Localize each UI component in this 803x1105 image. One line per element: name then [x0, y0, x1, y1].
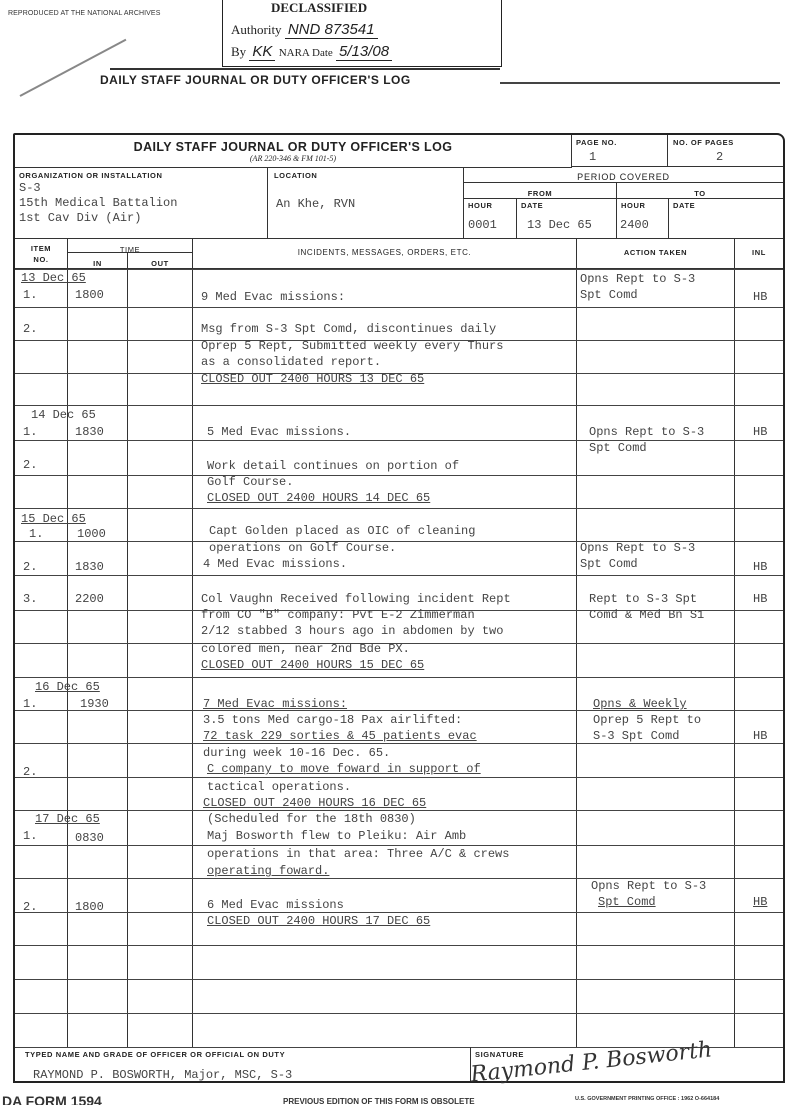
entry-date: 15 Dec 65 — [21, 512, 86, 526]
entry-text: tactical operations. — [207, 780, 351, 794]
grid-vline — [192, 269, 193, 1047]
officer-cell: TYPED NAME AND GRADE OF OFFICER OR OFFIC… — [15, 1047, 471, 1081]
item-no-label: ITEM NO. — [26, 243, 56, 265]
no-of-pages-cell: NO. OF PAGES 2 — [668, 135, 783, 167]
entry-item-no: 2. — [23, 560, 37, 574]
grid-hline — [15, 269, 783, 270]
organization-cell: ORGANIZATION OR INSTALLATION S-3 15th Me… — [15, 167, 268, 239]
action-label: ACTION TAKEN — [577, 248, 734, 257]
background-rule-right — [500, 82, 780, 84]
entry-initials: HB — [753, 729, 767, 743]
entry-action: Opns Rept to S-3 — [591, 879, 706, 893]
entry-item-no: 3. — [23, 592, 37, 606]
from-date-label: DATE — [521, 201, 612, 210]
entry-text: Msg from S-3 Spt Comd, discontinues dail… — [201, 322, 496, 336]
entry-action: Oprep 5 Rept to — [593, 713, 701, 727]
action-header: ACTION TAKEN — [577, 239, 735, 269]
entry-item-no: 2. — [23, 322, 37, 336]
grid-hline — [15, 677, 783, 678]
grid-hline — [15, 845, 783, 846]
no-of-pages-label: NO. OF PAGES — [673, 138, 778, 147]
background-page-title: DAILY STAFF JOURNAL OR DUTY OFFICER'S LO… — [100, 73, 411, 87]
from-date-cell: DATE 13 Dec 65 — [517, 199, 617, 239]
grid-hline — [15, 743, 783, 744]
organization-line-2: 15th Medical Battalion — [19, 196, 267, 211]
entry-time-in: 1830 — [75, 560, 104, 574]
entry-text: operations in that area: Three A/C & cre… — [207, 847, 509, 861]
to-date-cell: DATE — [669, 199, 783, 239]
period-covered-header: PERIOD COVERED — [464, 167, 783, 183]
by-line: By KK NARA Date 5/13/08 — [231, 43, 392, 60]
page-no-cell: PAGE NO. 1 — [571, 135, 668, 167]
from-header: FROM — [464, 183, 617, 199]
form-title: DAILY STAFF JOURNAL OR DUTY OFFICER'S LO… — [15, 140, 571, 154]
to-hour-label: HOUR — [621, 201, 664, 210]
entry-date: 16 Dec 65 — [35, 680, 100, 694]
entry-text: 3.5 tons Med cargo-18 Pax airlifted: — [203, 713, 462, 727]
entry-text: 2/12 stabbed 3 hours ago in abdomen by t… — [201, 624, 503, 638]
entry-action: Spt Comd — [580, 557, 638, 571]
grid-hline — [15, 1013, 783, 1014]
entry-item-no: 2. — [23, 458, 37, 472]
entry-text: Oprep 5 Rept, Submitted weekly every Thu… — [201, 339, 503, 353]
entry-text: Col Vaughn Received following incident R… — [201, 592, 511, 606]
entry-text: operations on Golf Course. — [209, 541, 396, 555]
grid-vline — [576, 269, 577, 1047]
period-covered-label: PERIOD COVERED — [577, 172, 670, 182]
entry-text: 9 Med Evac missions: — [201, 290, 345, 304]
inl-label: INL — [735, 248, 783, 257]
from-label: FROM — [528, 189, 552, 198]
closed-out-line: CLOSED OUT 2400 HOURS 13 DEC 65 — [201, 372, 424, 386]
grid-hline — [15, 508, 783, 509]
entry-time-in: 1800 — [75, 900, 104, 914]
entry-text: 5 Med Evac missions. — [207, 425, 351, 439]
incidents-label: INCIDENTS, MESSAGES, ORDERS, ETC. — [193, 248, 576, 257]
location-cell: LOCATION An Khe, RVN — [268, 167, 464, 239]
nara-date-label: NARA Date — [279, 47, 333, 59]
entry-action: Spt Comd — [598, 895, 656, 909]
authority-label: Authority — [231, 22, 282, 37]
nara-date-value: 5/13/08 — [336, 43, 392, 61]
entry-action: Rept to S-3 Spt — [589, 592, 697, 606]
entry-text: 4 Med Evac missions. — [203, 557, 347, 571]
from-hour-label: HOUR — [468, 201, 512, 210]
declassified-title: DECLASSIFIED — [271, 0, 367, 16]
entry-action: Spt Comd — [589, 441, 647, 455]
archive-note: REPRODUCED AT THE NATIONAL ARCHIVES — [8, 10, 160, 17]
declassified-stamp: DECLASSIFIED Authority NND 873541 By KK … — [222, 0, 502, 67]
entry-text: colored men, near 2nd Bde PX. — [201, 642, 410, 656]
inl-header: INL — [735, 239, 783, 269]
closed-out-line: CLOSED OUT 2400 HOURS 17 DEC 65 — [207, 914, 430, 928]
grid-hline — [15, 307, 783, 308]
incidents-header: INCIDENTS, MESSAGES, ORDERS, ETC. — [193, 239, 577, 269]
entry-text: 72 task 229 sorties & 45 patients evac — [203, 729, 477, 743]
entry-date: 14 Dec 65 — [31, 408, 96, 422]
entry-item-no: 1. — [23, 425, 37, 439]
authority-value: NND 873541 — [285, 21, 378, 39]
entry-text: from CO "B" company: Pvt E-2 Zimmerman — [201, 608, 475, 622]
entry-initials: HB — [753, 560, 767, 574]
entry-item-no: 2. — [23, 765, 37, 779]
entry-text: Golf Course. — [207, 475, 293, 489]
grid-hline — [15, 979, 783, 980]
entry-text: Capt Golden placed as OIC of cleaning — [209, 524, 475, 538]
entry-text: as a consolidated report. — [201, 355, 381, 369]
grid-hline — [15, 945, 783, 946]
entry-text: during week 10-16 Dec. 65. — [203, 746, 390, 760]
entry-initials: HB — [753, 895, 767, 909]
to-hour-cell: HOUR 2400 — [617, 199, 669, 239]
entry-item-no: 1. — [23, 288, 37, 302]
from-date-value: 13 Dec 65 — [527, 218, 606, 232]
by-label: By — [231, 44, 246, 59]
grid-hline — [15, 440, 783, 441]
no-of-pages-value: 2 — [716, 150, 783, 164]
entry-action: Opns Rept to S-3 — [580, 541, 695, 555]
entry-action: S-3 Spt Comd — [593, 729, 679, 743]
entry-item-no: 1. — [29, 527, 43, 541]
form-title-block: DAILY STAFF JOURNAL OR DUTY OFFICER'S LO… — [15, 135, 572, 168]
entry-initials: HB — [753, 290, 767, 304]
officer-label: TYPED NAME AND GRADE OF OFFICER OR OFFIC… — [25, 1050, 460, 1059]
printing-office-note: U.S. GOVERNMENT PRINTING OFFICE : 1962 O… — [575, 1096, 719, 1102]
time-header: TIME — [68, 239, 193, 253]
entry-action: Opns Rept to S-3 — [580, 272, 695, 286]
grid-vline — [127, 269, 128, 1047]
entry-text: 6 Med Evac missions — [207, 898, 344, 912]
authority-line: Authority NND 873541 — [231, 21, 378, 38]
page-no-value: 1 — [589, 150, 667, 164]
organization-line-3: 1st Cav Div (Air) — [19, 211, 267, 226]
background-rule — [110, 68, 500, 70]
entry-text: (Scheduled for the 18th 0830) — [207, 812, 416, 826]
entry-initials: HB — [753, 592, 767, 606]
entry-action: Opns Rept to S-3 — [589, 425, 704, 439]
grid-hline — [15, 810, 783, 811]
entry-text: operating foward. — [207, 864, 329, 878]
closed-out-line: CLOSED OUT 2400 HOURS 16 DEC 65 — [203, 796, 426, 810]
entry-action: Spt Comd — [580, 288, 638, 302]
form-id: DA FORM 1594 — [2, 1093, 102, 1105]
from-hour-cell: HOUR 0001 — [464, 199, 517, 239]
out-header: OUT — [128, 253, 193, 269]
closed-out-line: CLOSED OUT 2400 HOURS 15 DEC 65 — [201, 658, 424, 672]
entry-date: 17 Dec 65 — [35, 812, 100, 826]
officer-value: RAYMOND P. BOSWORTH, Major, MSC, S-3 — [33, 1068, 452, 1082]
entry-text: Work detail continues on portion of — [207, 459, 459, 473]
by-value: KK — [249, 43, 275, 61]
entry-time-in: 1830 — [75, 425, 104, 439]
entry-action: Opns & Weekly — [593, 697, 687, 711]
obsolete-note: PREVIOUS EDITION OF THIS FORM IS OBSOLET… — [283, 1097, 475, 1105]
entry-item-no: 1. — [23, 829, 37, 843]
entry-initials: HB — [753, 425, 767, 439]
grid-vline — [67, 269, 68, 1047]
to-header: TO — [617, 183, 783, 199]
entry-date: 13 Dec 65 — [21, 271, 86, 285]
in-header: IN — [68, 253, 128, 269]
organization-label: ORGANIZATION OR INSTALLATION — [19, 171, 263, 180]
entry-item-no: 2. — [23, 900, 37, 914]
entry-time-in: 2200 — [75, 592, 104, 606]
item-no-header: ITEM NO. — [15, 239, 68, 269]
out-label: OUT — [151, 259, 169, 268]
grid-hline — [15, 405, 783, 406]
entry-text: 7 Med Evac missions: — [203, 697, 347, 711]
staff-journal-form: DAILY STAFF JOURNAL OR DUTY OFFICER'S LO… — [13, 133, 785, 1083]
to-label: TO — [694, 189, 705, 198]
closed-out-line: CLOSED OUT 2400 HOURS 14 DEC 65 — [207, 491, 430, 505]
entry-text: C company to move foward in support of — [207, 762, 481, 776]
organization-line-1: S-3 — [19, 181, 267, 196]
entry-time-in: 1800 — [75, 288, 104, 302]
location-value: An Khe, RVN — [276, 197, 463, 211]
from-hour-value: 0001 — [468, 218, 512, 232]
entry-time-in: 1000 — [77, 527, 106, 541]
entry-time-in: 1930 — [80, 697, 109, 711]
in-label: IN — [93, 259, 102, 268]
grid-vline — [734, 269, 735, 1047]
to-hour-value: 2400 — [620, 218, 665, 232]
entry-text: Maj Bosworth flew to Pleiku: Air Amb — [207, 829, 466, 843]
entry-action: Comd & Med Bn S1 — [589, 608, 704, 622]
entry-time-in: 0830 — [75, 831, 104, 845]
grid-hline — [15, 575, 783, 576]
to-date-label: DATE — [673, 201, 779, 210]
form-subtitle: (AR 220-346 & FM 101-5) — [15, 154, 571, 163]
location-label: LOCATION — [274, 171, 457, 180]
grid-hline — [15, 777, 783, 778]
grid-hline — [15, 475, 783, 476]
page-no-label: PAGE NO. — [576, 138, 662, 147]
grid-hline — [15, 912, 783, 913]
entry-item-no: 1. — [23, 697, 37, 711]
